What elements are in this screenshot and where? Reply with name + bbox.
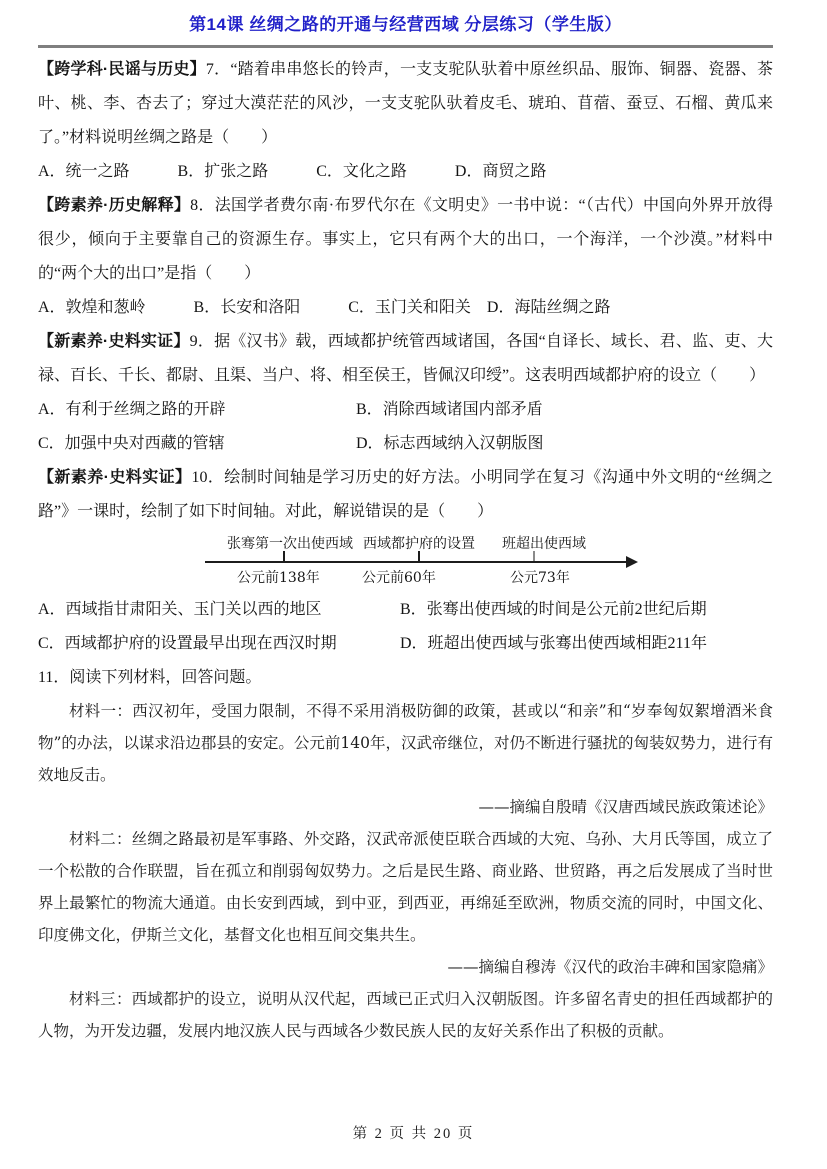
timeline-tick-2 xyxy=(418,551,420,561)
timeline-tick-1 xyxy=(283,551,285,561)
material-1-text: 材料一：西汉初年，受国力限制，不得不采用消极防御的政策，甚或以“和亲”和“岁奉匈… xyxy=(38,695,773,791)
question-9-tag: 【新素养·史料实证】 xyxy=(38,333,190,350)
timeline-event-3-year: 公元73年 xyxy=(510,567,570,587)
timeline-event-3-label: 班超出使西域 xyxy=(502,533,586,553)
option-c: C．西域都护府的设置最早出现在西汉时期 xyxy=(38,627,400,661)
option-d: D．班超出使西域与张骞出使西域相距211年 xyxy=(400,627,707,661)
question-8-paragraph: 【跨素养·历史解释】8．法国学者费尔南·布罗代尔在《文明史》一书中说：“（古代）… xyxy=(38,189,773,291)
option-a: A．西域指甘肃阳关、玉门关以西的地区 xyxy=(38,593,400,627)
timeline-event-1-label: 张骞第一次出使西域 xyxy=(227,533,353,553)
timeline-figure: 张骞第一次出使西域 西域都护府的设置 班超出使西域 公元前138年 公元前60年… xyxy=(198,532,668,590)
question-10-tag: 【新素养·史料实证】 xyxy=(38,469,191,486)
question-7-paragraph: 【跨学科·民谣与历史】7．“踏着串串悠长的铃声，一支支驼队驮着中原丝织品、服饰、… xyxy=(38,53,773,155)
question-8-options: A．敦煌和葱岭 B．长安和洛阳 C．玉门关和阳关 D．海陆丝绸之路 xyxy=(38,291,773,325)
question-9-option-row-cd: C．加强中央对西藏的管辖 D．标志西域纳入汉朝版图 xyxy=(38,427,773,461)
timeline-axis xyxy=(205,561,629,563)
question-8: 【跨素养·历史解释】8．法国学者费尔南·布罗代尔在《文明史》一书中说：“（古代）… xyxy=(38,189,773,325)
question-11: 11．阅读下列材料，回答问题。 材料一：西汉初年，受国力限制，不得不采用消极防御… xyxy=(38,661,773,1047)
option-b: B．张骞出使西域的时间是公元前2世纪后期 xyxy=(400,593,707,627)
question-10-option-row-cd: C．西域都护府的设置最早出现在西汉时期 D．班超出使西域与张骞出使西域相距211… xyxy=(38,627,773,661)
page-content: 第14课 丝绸之路的开通与经营西域 分层练习（学生版） 【跨学科·民谣与历史】7… xyxy=(0,0,827,1047)
timeline-event-1-year: 公元前138年 xyxy=(237,567,320,587)
timeline-arrow-icon xyxy=(626,556,638,568)
option-b: B．消除西域诸国内部矛盾 xyxy=(356,393,543,427)
material-2-source: ——摘编自穆涛《汉代的政治丰碑和国家隐痛》 xyxy=(38,951,773,983)
question-10-paragraph: 【新素养·史料实证】10．绘制时间轴是学习历史的好方法。小明同学在复习《沟通中外… xyxy=(38,461,773,529)
option-c: C．加强中央对西藏的管辖 xyxy=(38,427,356,461)
timeline-event-2-label: 西域都护府的设置 xyxy=(363,533,475,553)
option-d: D．标志西域纳入汉朝版图 xyxy=(356,427,544,461)
header-rule xyxy=(38,45,773,48)
question-7: 【跨学科·民谣与历史】7．“踏着串串悠长的铃声，一支支驼队驮着中原丝织品、服饰、… xyxy=(38,53,773,189)
question-8-tag: 【跨素养·历史解释】 xyxy=(38,197,190,214)
question-11-stem: 11．阅读下列材料，回答问题。 xyxy=(38,661,773,695)
timeline-event-2-year: 公元前60年 xyxy=(362,567,436,587)
question-9: 【新素养·史料实证】9．据《汉书》载，西域都护统管西域诸国，各国“自译长、域长、… xyxy=(38,325,773,461)
material-1-source: ——摘编自殷晴《汉唐西域民族政策述论》 xyxy=(38,791,773,823)
question-10-option-row-ab: A．西域指甘肃阳关、玉门关以西的地区 B．张骞出使西域的时间是公元前2世纪后期 xyxy=(38,593,773,627)
question-9-paragraph: 【新素养·史料实证】9．据《汉书》载，西域都护统管西域诸国，各国“自译长、域长、… xyxy=(38,325,773,393)
question-10: 【新素养·史料实证】10．绘制时间轴是学习历史的好方法。小明同学在复习《沟通中外… xyxy=(38,461,773,661)
question-7-options: A．统一之路 B．扩张之路 C．文化之路 D．商贸之路 xyxy=(38,155,773,189)
question-7-tag: 【跨学科·民谣与历史】 xyxy=(38,61,206,78)
timeline-tick-3 xyxy=(533,551,535,561)
question-9-option-row-ab: A．有利于丝绸之路的开辟 B．消除西域诸国内部矛盾 xyxy=(38,393,773,427)
page-title: 第14课 丝绸之路的开通与经营西域 分层练习（学生版） xyxy=(38,12,773,38)
material-2-text: 材料二：丝绸之路最初是军事路、外交路，汉武帝派使臣联合西域的大宛、乌孙、大月氏等… xyxy=(38,823,773,951)
page-number-footer: 第 2 页 共 20 页 xyxy=(0,1122,827,1143)
option-a: A．有利于丝绸之路的开辟 xyxy=(38,393,356,427)
material-3-text: 材料三：西域都护的设立，说明从汉代起，西域已正式归入汉朝版图。许多留名青史的担任… xyxy=(38,983,773,1047)
